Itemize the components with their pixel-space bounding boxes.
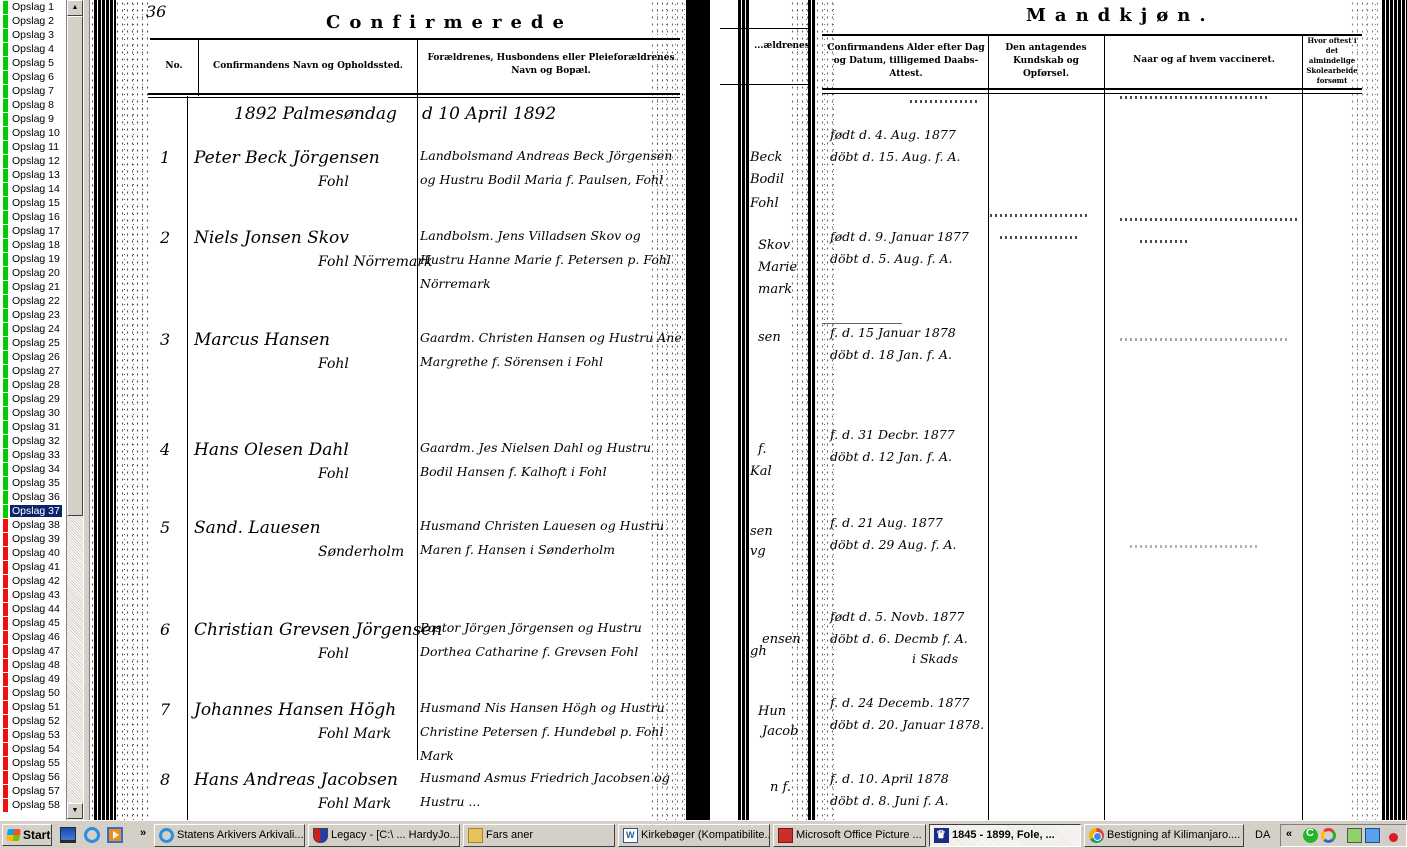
entry-number: 6 — [160, 620, 170, 639]
picture-manager-icon — [778, 828, 793, 843]
page-list-item[interactable]: Opslag 56 — [0, 770, 66, 784]
page-list-item[interactable]: Opslag 47 — [0, 644, 66, 658]
taskbar-button[interactable]: Statens Arkivers Arkivali... — [154, 824, 305, 847]
fold-fragment: n f. — [770, 776, 791, 800]
taskbar-button-label: Fars aner — [486, 829, 533, 841]
fold-column-header: ...ældrenes — [752, 40, 812, 53]
page-list-item[interactable]: Opslag 57 — [0, 784, 66, 798]
confirmation-date-left: 1892 Palmesøndag — [234, 104, 397, 124]
taskbar-button[interactable]: Fars aner — [463, 824, 615, 847]
language-indicator[interactable]: DA — [1255, 829, 1270, 841]
binding-shadow-left — [94, 0, 116, 820]
windows-logo-icon — [6, 829, 21, 841]
status-indicator-icon — [3, 589, 8, 602]
page-list-item-label: Opslag 4 — [12, 43, 54, 55]
page-list-item-label: Opslag 20 — [12, 267, 60, 279]
confirmand-residence: Sønderholm — [318, 544, 404, 560]
column-divider — [187, 96, 188, 820]
internet-explorer-icon[interactable] — [84, 827, 100, 843]
taskbar-button-label: Bestigning af Kilimanjaro.... — [1107, 829, 1240, 841]
page-list-item-label: Opslag 14 — [12, 183, 60, 195]
faded-ink — [990, 214, 1090, 217]
scroll-down-button[interactable]: ▼ — [67, 803, 83, 819]
status-indicator-icon — [3, 113, 8, 126]
birth-date: født d. 4. Aug. 1877 — [830, 124, 956, 146]
page-list-item[interactable]: Opslag 52 — [0, 714, 66, 728]
status-indicator-icon — [3, 729, 8, 742]
status-indicator-icon — [3, 281, 8, 294]
page-list-item-label: Opslag 15 — [12, 197, 60, 209]
status-indicator-icon — [3, 43, 8, 56]
status-indicator-icon — [3, 715, 8, 728]
baptism-date: döbt d. 5. Aug. f. A. — [830, 248, 953, 270]
taskbar-button[interactable]: 1845 - 1899, Fole, ... — [929, 824, 1081, 847]
taskbar-button[interactable]: Kirkebøger (Kompatibilite... — [618, 824, 770, 847]
page-list-item[interactable]: Opslag 33 — [0, 448, 66, 462]
page-list-item[interactable]: Opslag 36 — [0, 490, 66, 504]
page-list-item[interactable]: Opslag 16 — [0, 210, 66, 224]
legacy-icon — [313, 828, 328, 843]
page-list-item[interactable]: Opslag 12 — [0, 154, 66, 168]
status-indicator-icon — [3, 211, 8, 224]
confirmand-name: Niels Jonsen Skov — [194, 228, 349, 248]
document-viewer[interactable]: 36 Confirmerede No. Confirmandens Navn o… — [90, 0, 1407, 820]
page-list-item-label: Opslag 17 — [12, 225, 60, 237]
page-list-item-label: Opslag 53 — [12, 729, 60, 741]
status-indicator-icon — [3, 57, 8, 70]
faded-ink — [1140, 240, 1190, 243]
status-indicator-icon — [3, 295, 8, 308]
page-list-item-label: Opslag 26 — [12, 351, 60, 363]
header-rule — [148, 93, 680, 95]
scroll-up-button[interactable]: ▲ — [67, 0, 83, 16]
status-indicator-icon — [3, 407, 8, 420]
page-list-scrollbar[interactable]: ▲ ▼ — [66, 0, 83, 820]
status-indicator-icon — [3, 169, 8, 182]
taskbar-button[interactable]: Legacy - [C:\ ... HardyJo... — [308, 824, 460, 847]
column-divider — [417, 40, 418, 760]
status-indicator-icon — [3, 785, 8, 798]
center-fold-shadow — [808, 0, 816, 820]
confirmation-date-right: d 10 April 1892 — [422, 104, 556, 124]
quick-launch-more-button[interactable]: » — [140, 827, 146, 839]
status-indicator-icon — [3, 505, 8, 518]
page-list-item-label: Opslag 29 — [12, 393, 60, 405]
page-list-item[interactable]: Opslag 50 — [0, 686, 66, 700]
page-list-item-label: Opslag 40 — [12, 547, 60, 559]
ccleaner-icon[interactable] — [1303, 828, 1318, 843]
birth-date: født d. 9. Januar 1877 — [830, 226, 969, 248]
page-list-item-label: Opslag 6 — [12, 71, 54, 83]
page-list-item-label: Opslag 28 — [12, 379, 60, 391]
page-list-item[interactable]: Opslag 17 — [0, 224, 66, 238]
page-list-item-label: Opslag 38 — [12, 519, 60, 531]
page-list-item[interactable]: Opslag 45 — [0, 616, 66, 630]
page-list-item-label: Opslag 33 — [12, 449, 60, 461]
page-list-item-label: Opslag 36 — [12, 491, 60, 503]
page-list-item[interactable]: Opslag 14 — [0, 182, 66, 196]
center-fold-shadow — [738, 0, 750, 820]
page-list-item[interactable]: Opslag 23 — [0, 308, 66, 322]
left-page-title: Confirmerede — [326, 12, 573, 33]
fold-fragment: sen — [758, 326, 781, 350]
page-list[interactable]: Opslag 1Opslag 2Opslag 3Opslag 4Opslag 5… — [0, 0, 66, 820]
confirmand-name: Sand. Lauesen — [194, 518, 321, 538]
state-archives-icon — [934, 828, 949, 843]
status-indicator-icon — [3, 197, 8, 210]
page-list-item[interactable]: Opslag 3 — [0, 28, 66, 42]
page-list-item[interactable]: Opslag 31 — [0, 420, 66, 434]
status-indicator-icon — [3, 351, 8, 364]
tray-expand-button[interactable]: « — [1286, 828, 1292, 840]
baptism-date: döbt d. 15. Aug. f. A. — [830, 146, 960, 168]
page-list-item-label: Opslag 3 — [12, 29, 54, 41]
page-list-item[interactable]: Opslag 18 — [0, 238, 66, 252]
page-list-item[interactable]: Opslag 38 — [0, 518, 66, 532]
status-indicator-icon — [3, 631, 8, 644]
status-indicator-icon — [3, 337, 8, 350]
status-indicator-icon — [3, 141, 8, 154]
center-fold-shadow — [686, 0, 710, 820]
column-header-name: Confirmandens Navn og Opholdssted. — [202, 60, 414, 73]
status-indicator-icon — [3, 127, 8, 140]
page-list-item[interactable]: Opslag 44 — [0, 602, 66, 616]
page-list-item[interactable]: Opslag 48 — [0, 658, 66, 672]
start-button[interactable]: Start — [2, 824, 52, 846]
page-list-item[interactable]: Opslag 35 — [0, 476, 66, 490]
faded-ink — [1120, 218, 1300, 221]
faded-ink — [1130, 545, 1260, 548]
header-rule — [822, 34, 1362, 36]
taskbar-button[interactable]: Microsoft Office Picture ... — [773, 824, 926, 847]
status-indicator-icon — [3, 701, 8, 714]
page-list-item[interactable]: Opslag 51 — [0, 700, 66, 714]
status-indicator-icon — [3, 575, 8, 588]
header-rule — [720, 28, 810, 29]
confirmand-residence: Fohl Nörremark — [318, 254, 432, 270]
entry-number: 2 — [160, 228, 170, 247]
column-header-no: No. — [152, 60, 196, 73]
confirmand-residence: Fohl — [318, 356, 349, 372]
scan-noise — [1350, 0, 1380, 820]
status-indicator-icon — [3, 533, 8, 546]
faded-ink — [1120, 96, 1270, 99]
page-list-item-label: Opslag 56 — [12, 771, 60, 783]
status-indicator-icon — [3, 743, 8, 756]
entry-number: 5 — [160, 518, 170, 537]
status-indicator-icon — [3, 435, 8, 448]
page-list-item-label: Opslag 43 — [12, 589, 60, 601]
page-list-item-label: Opslag 57 — [12, 785, 60, 797]
status-indicator-icon — [3, 477, 8, 490]
status-indicator-icon — [3, 463, 8, 476]
page-list-item[interactable]: Opslag 40 — [0, 546, 66, 560]
page-list-item[interactable]: Opslag 1 — [0, 0, 66, 14]
media-player-icon[interactable] — [107, 827, 123, 843]
parents-names: Husmand Christen Lauesen og Hustru Maren… — [420, 514, 682, 562]
fold-fragment: Marie — [758, 256, 797, 280]
page-list-item-label: Opslag 27 — [12, 365, 60, 377]
fold-fragment: Fohl — [750, 192, 779, 216]
baptism-date: döbt d. 18 Jan. f. A. — [830, 344, 952, 366]
status-indicator-icon — [3, 155, 8, 168]
column-divider — [1104, 36, 1105, 820]
page-list-item[interactable]: Opslag 46 — [0, 630, 66, 644]
page-list-item[interactable]: Opslag 21 — [0, 280, 66, 294]
status-indicator-icon — [3, 491, 8, 504]
status-indicator-icon — [3, 659, 8, 672]
confirmand-name: Peter Beck Jörgensen — [194, 148, 380, 168]
right-page-title: Mandkjøn. — [1026, 5, 1215, 26]
page-list-item-label: Opslag 22 — [12, 295, 60, 307]
fold-fragment: Beck — [750, 146, 782, 170]
status-indicator-icon — [3, 519, 8, 532]
fold-fragment: Jacob — [762, 720, 798, 744]
confirmand-name: Hans Andreas Jacobsen — [194, 770, 398, 790]
page-list-item[interactable]: Opslag 4 — [0, 42, 66, 56]
taskbar-button-label: Legacy - [C:\ ... HardyJo... — [331, 829, 459, 841]
parents-names: Husmand Nis Hansen Högh og Hustru Christ… — [420, 696, 682, 768]
page-list-item[interactable]: Opslag 9 — [0, 112, 66, 126]
page-list-item[interactable]: Opslag 30 — [0, 406, 66, 420]
birth-date: f. d. 10. April 1878 — [830, 768, 949, 790]
page-list-item-label: Opslag 55 — [12, 757, 60, 769]
fold-fragment: gh — [750, 640, 767, 664]
binding-shadow-right — [1382, 0, 1407, 820]
header-rule — [150, 38, 680, 40]
parents-names: Pastor Jörgen Jörgensen og Hustru Dorthe… — [420, 616, 682, 664]
page-list-item[interactable]: Opslag 11 — [0, 140, 66, 154]
show-desktop-icon[interactable] — [60, 827, 76, 843]
page-list-item[interactable]: Opslag 34 — [0, 462, 66, 476]
page-list-item[interactable]: Opslag 41 — [0, 560, 66, 574]
page-list-item[interactable]: Opslag 19 — [0, 252, 66, 266]
page-list-item[interactable]: Opslag 49 — [0, 672, 66, 686]
status-indicator-icon — [3, 239, 8, 252]
column-divider — [988, 36, 989, 820]
page-list-item-label: Opslag 30 — [12, 407, 60, 419]
fold-fragment: ensen — [762, 628, 801, 652]
taskbar-button-label: Statens Arkivers Arkivali... — [177, 829, 304, 841]
page-list-item-label: Opslag 13 — [12, 169, 60, 181]
page-list-item-label: Opslag 23 — [12, 309, 60, 321]
confirmand-name: Johannes Hansen Högh — [194, 700, 396, 720]
page-list-item[interactable]: Opslag 6 — [0, 70, 66, 84]
parents-names: Gaardm. Jes Nielsen Dahl og Hustru Bodil… — [420, 436, 682, 484]
page-list-item-label: Opslag 35 — [12, 477, 60, 489]
page-list-item[interactable]: Opslag 13 — [0, 168, 66, 182]
page-list-item[interactable]: Opslag 7 — [0, 84, 66, 98]
status-indicator-icon — [3, 421, 8, 434]
page-list-item-label: Opslag 5 — [12, 57, 54, 69]
confirmand-name: Marcus Hansen — [194, 330, 330, 350]
status-indicator-icon — [3, 393, 8, 406]
page-list-item[interactable]: Opslag 28 — [0, 378, 66, 392]
page-list-item[interactable]: Opslag 25 — [0, 336, 66, 350]
status-indicator-icon — [3, 1, 8, 14]
page-list-item-label: Opslag 19 — [12, 253, 60, 265]
page-list-item[interactable]: Opslag 55 — [0, 756, 66, 770]
status-indicator-icon — [3, 323, 8, 336]
start-label: Start — [23, 828, 50, 842]
page-list-item-label: Opslag 25 — [12, 337, 60, 349]
chrome-icon — [1089, 828, 1104, 843]
page-list-item[interactable]: Opslag 2 — [0, 14, 66, 28]
status-indicator-icon — [3, 253, 8, 266]
entry-number: 3 — [160, 330, 170, 349]
entry-number: 7 — [160, 700, 170, 719]
network-icon[interactable] — [1365, 828, 1380, 843]
page-list-item-label: Opslag 12 — [12, 155, 60, 167]
status-indicator-icon — [3, 71, 8, 84]
page-list-item[interactable]: Opslag 22 — [0, 294, 66, 308]
page-list-item-label: Opslag 45 — [12, 617, 60, 629]
page-list-item[interactable]: Opslag 58 — [0, 798, 66, 812]
parents-names: Landbolsmand Andreas Beck Jörgensen og H… — [420, 144, 682, 192]
page-list-item-label: Opslag 1 — [12, 1, 54, 13]
page-list-item-label: Opslag 10 — [12, 127, 60, 139]
page-list-item[interactable]: Opslag 42 — [0, 574, 66, 588]
page-list-item[interactable]: Opslag 15 — [0, 196, 66, 210]
status-indicator-icon — [3, 15, 8, 28]
taskbar-button[interactable]: Bestigning af Kilimanjaro.... — [1084, 824, 1244, 847]
header-rule — [720, 84, 810, 85]
column-divider — [198, 40, 199, 96]
scroll-thumb[interactable] — [67, 16, 83, 516]
confirmand-residence: Fohl Mark — [318, 796, 391, 812]
baptism-date: döbt d. 20. Januar 1878. — [830, 714, 984, 736]
birth-date: f. d. 15 Januar 1878 — [830, 322, 956, 344]
page-list-item-label: Opslag 41 — [12, 561, 60, 573]
page-list-item[interactable]: Opslag 54 — [0, 742, 66, 756]
page-list-item-label: Opslag 49 — [12, 673, 60, 685]
status-indicator-icon — [3, 687, 8, 700]
fold-fragment: f. — [758, 438, 766, 462]
status-indicator-icon — [3, 449, 8, 462]
status-indicator-icon — [3, 267, 8, 280]
confirmand-residence: Fohl — [318, 174, 349, 190]
column-header-parents: Forældrenes, Husbondens eller Pleieforæl… — [422, 52, 680, 78]
page-list-item[interactable]: Opslag 43 — [0, 588, 66, 602]
faded-ink — [910, 100, 980, 103]
status-indicator-icon — [3, 645, 8, 658]
taskbar-button-label: 1845 - 1899, Fole, ... — [952, 829, 1055, 841]
page-list-item[interactable]: Opslag 10 — [0, 126, 66, 140]
taskbar-button-label: Microsoft Office Picture ... — [796, 829, 922, 841]
page-list-item[interactable]: Opslag 8 — [0, 98, 66, 112]
confirmand-residence: Fohl — [318, 466, 349, 482]
volume-muted-icon[interactable] — [1383, 828, 1398, 843]
pane-splitter[interactable] — [83, 0, 90, 820]
page-list-item-label: Opslag 11 — [12, 141, 59, 153]
status-indicator-icon — [3, 757, 8, 770]
fold-fragment: Bodil — [750, 168, 784, 192]
baptism-date: döbt d. 12 Jan. f. A. — [830, 446, 952, 468]
page-list-item-label: Opslag 54 — [12, 743, 60, 755]
status-indicator-icon — [3, 771, 8, 784]
page-list-item[interactable]: Opslag 27 — [0, 364, 66, 378]
status-indicator-icon — [3, 29, 8, 42]
taskbar: Start » Statens Arkivers Arkivali...Lega… — [0, 820, 1407, 849]
power-icon[interactable] — [1347, 828, 1362, 843]
status-indicator-icon — [3, 183, 8, 196]
faded-ink — [1120, 338, 1290, 341]
baptism-date: döbt d. 8. Juni f. A. — [830, 790, 949, 812]
birth-date: født d. 5. Novb. 1877 — [830, 606, 964, 628]
page-list-item[interactable]: Opslag 39 — [0, 532, 66, 546]
status-indicator-icon — [3, 379, 8, 392]
page-list-item-label: Opslag 16 — [12, 211, 60, 223]
column-header-absence: Hvor oftest i det almindelige Skolearbei… — [1304, 36, 1360, 86]
chevron-up-icon: ▲ — [72, 4, 79, 11]
status-indicator-icon — [3, 673, 8, 686]
chevron-down-icon: ▼ — [72, 807, 79, 814]
system-tray: « 1 — [1280, 824, 1407, 847]
page-list-item-label: Opslag 31 — [12, 421, 60, 433]
page-list-item[interactable]: Opslag 37 — [0, 504, 66, 518]
status-indicator-icon — [3, 617, 8, 630]
header-rule — [148, 97, 680, 98]
taskbar-button-label: Kirkebøger (Kompatibilite... — [641, 829, 770, 841]
page-list-item-label: Opslag 24 — [12, 323, 60, 335]
column-divider — [1302, 36, 1303, 820]
page-list-item-label: Opslag 18 — [12, 239, 60, 251]
faded-ink — [1000, 236, 1080, 239]
page-list-item-label: Opslag 52 — [12, 715, 60, 727]
page-list-item[interactable]: Opslag 5 — [0, 56, 66, 70]
status-indicator-icon — [3, 365, 8, 378]
status-indicator-icon — [3, 603, 8, 616]
status-indicator-icon — [3, 309, 8, 322]
page-list-item-label: Opslag 34 — [12, 463, 60, 475]
sync-icon[interactable] — [1321, 828, 1336, 843]
confirmand-residence: Fohl — [318, 646, 349, 662]
baptism-date: döbt d. 6. Decmb f. A. — [830, 628, 968, 650]
status-indicator-icon — [3, 799, 8, 812]
confirmand-residence: Fohl Mark — [318, 726, 391, 742]
page-list-item-label: Opslag 39 — [12, 533, 60, 545]
page-list-item[interactable]: Opslag 53 — [0, 728, 66, 742]
status-indicator-icon — [3, 547, 8, 560]
page-number: 36 — [146, 2, 166, 21]
page-list-item[interactable]: Opslag 20 — [0, 266, 66, 280]
status-indicator-icon — [3, 99, 8, 112]
birth-date: f. d. 31 Decbr. 1877 — [830, 424, 955, 446]
page-list-item-label: Opslag 8 — [12, 99, 54, 111]
page-list-item[interactable]: Opslag 26 — [0, 350, 66, 364]
column-header-age: Confirmandens Alder efter Dag og Datum, … — [824, 42, 988, 81]
status-indicator-icon — [3, 85, 8, 98]
entry-number: 4 — [160, 440, 170, 459]
baptism-place-note: i Skads — [912, 648, 958, 670]
page-list-item-label: Opslag 47 — [12, 645, 60, 657]
page-list-item-label: Opslag 2 — [12, 15, 54, 27]
confirmand-name: Christian Grevsen Jörgensen — [194, 620, 442, 640]
entry-number: 8 — [160, 770, 170, 789]
page-list-item-label: Opslag 50 — [12, 687, 60, 699]
page-list-item-label: Opslag 48 — [12, 659, 60, 671]
page-list-item-label: Opslag 58 — [12, 799, 60, 811]
page-list-item[interactable]: Opslag 24 — [0, 322, 66, 336]
word-icon — [623, 828, 638, 843]
page-list-item[interactable]: Opslag 32 — [0, 434, 66, 448]
header-rule — [822, 88, 1362, 90]
folder-icon — [468, 828, 483, 843]
page-list-item[interactable]: Opslag 29 — [0, 392, 66, 406]
entry-number: 1 — [160, 148, 170, 167]
desktop: Opslag 1Opslag 2Opslag 3Opslag 4Opslag 5… — [0, 0, 1407, 849]
header-rule — [822, 93, 1362, 94]
